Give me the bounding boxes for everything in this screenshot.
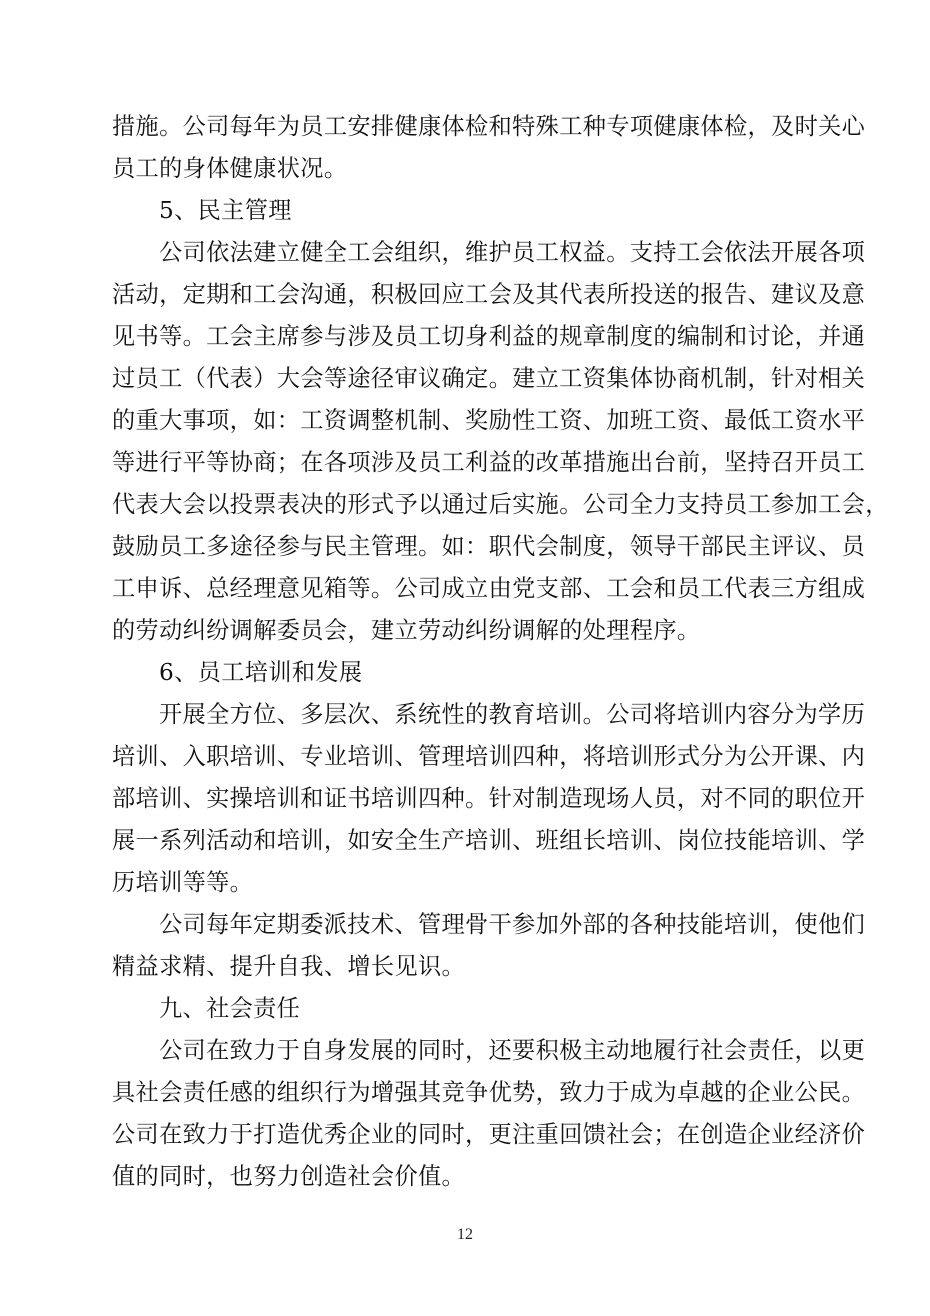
section-heading-democratic-management: 5、民主管理	[112, 190, 820, 232]
text-line: 的劳动纠纷调解委员会，建立劳动纠纷调解的处理程序。	[112, 610, 820, 652]
text-line: 过员工（代表）大会等途径审议确定。建立工资集体协商机制，针对相关	[112, 358, 820, 400]
text-line: 措施。公司每年为员工安排健康体检和特殊工种专项健康体检，及时关心	[112, 106, 820, 148]
text-line: 部培训、实操培训和证书培训四种。针对制造现场人员，对不同的职位开	[112, 778, 820, 820]
paragraph-start: 公司每年定期委派技术、管理骨干参加外部的各种技能培训，使他们	[112, 904, 820, 946]
text-line: 鼓励员工多途径参与民主管理。如：职代会制度，领导干部民主评议、员	[112, 526, 820, 568]
text-line: 具社会责任感的组织行为增强其竞争优势，致力于成为卓越的企业公民。	[112, 1072, 820, 1114]
paragraph-start: 开展全方位、多层次、系统性的教育培训。公司将培训内容分为学历	[112, 694, 820, 736]
text-line: 培训、入职培训、专业培训、管理培训四种，将培训形式分为公开课、内	[112, 736, 820, 778]
document-page: 措施。公司每年为员工安排健康体检和特殊工种专项健康体检，及时关心 员工的身体健康…	[0, 0, 930, 1316]
text-line: 公司在致力于打造优秀企业的同时，更注重回馈社会；在创造企业经济价	[112, 1114, 820, 1156]
text-line: 值的同时，也努力创造社会价值。	[112, 1156, 820, 1198]
page-number: 12	[0, 1226, 930, 1244]
body-text: 措施。公司每年为员工安排健康体检和特殊工种专项健康体检，及时关心 员工的身体健康…	[112, 106, 820, 1198]
text-line: 展一系列活动和培训，如安全生产培训、班组长培训、岗位技能培训、学	[112, 820, 820, 862]
text-line: 代表大会以投票表决的形式予以通过后实施。公司全力支持员工参加工会，	[112, 484, 820, 526]
paragraph-start: 公司依法建立健全工会组织，维护员工权益。支持工会依法开展各项	[112, 232, 820, 274]
text-line: 见书等。工会主席参与涉及员工切身利益的规章制度的编制和讨论，并通	[112, 316, 820, 358]
text-line: 员工的身体健康状况。	[112, 148, 820, 190]
text-line: 的重大事项，如：工资调整机制、奖励性工资、加班工资、最低工资水平	[112, 400, 820, 442]
text-line: 历培训等等。	[112, 862, 820, 904]
text-line: 活动，定期和工会沟通，积极回应工会及其代表所投送的报告、建议及意	[112, 274, 820, 316]
text-line: 等进行平等协商；在各项涉及员工利益的改革措施出台前，坚持召开员工	[112, 442, 820, 484]
text-line: 精益求精、提升自我、增长见识。	[112, 946, 820, 988]
paragraph-start: 公司在致力于自身发展的同时，还要积极主动地履行社会责任，以更	[112, 1030, 820, 1072]
section-heading-social-responsibility: 九、社会责任	[112, 988, 820, 1030]
section-heading-employee-training: 6、员工培训和发展	[112, 652, 820, 694]
text-line: 工申诉、总经理意见箱等。公司成立由党支部、工会和员工代表三方组成	[112, 568, 820, 610]
